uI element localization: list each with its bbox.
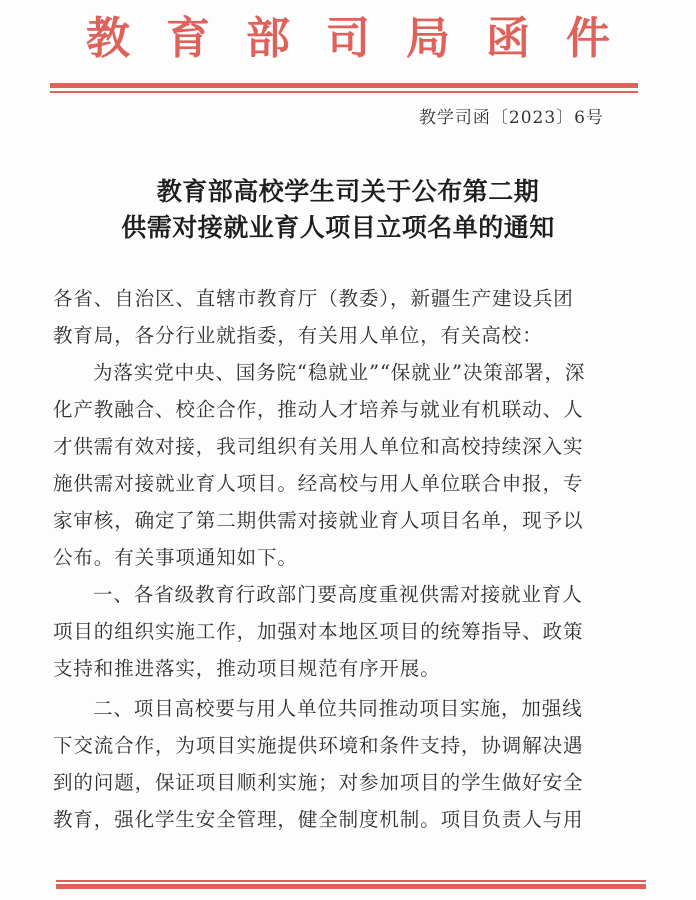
paragraph-line: 教育，强化学生安全管理，健全制度机制。项目负责人与用 [53, 801, 628, 838]
masthead-char: 教 [68, 17, 148, 61]
paragraph-line: 二、项目高校要与用人单位共同推动项目实施，加强线 [53, 690, 628, 727]
paragraph-line: 为落实党中央、国务院“稳就业”“保就业”决策部署，深 [53, 354, 628, 391]
document-title-line-1: 教育部高校学生司关于公布第二期 [0, 172, 696, 208]
masthead-char: 部 [228, 17, 308, 61]
paragraph-line: 项目的组织实施工作，加强对本地区项目的统筹指导、政策 [53, 613, 628, 650]
header-rule-thin [50, 91, 638, 93]
footer-rule-thick [56, 884, 646, 889]
paragraph-item-1: 一、各省级教育行政部门要高度重视供需对接就业育人 项目的组织实施工作，加强对本地… [53, 576, 628, 687]
paragraph-line: 化产教融合、校企合作，推动人才培养与就业有机联动、人 [53, 391, 628, 428]
paragraph-line: 下交流合作，为项目实施提供环境和条件支持，协调解决遇 [53, 727, 628, 764]
footer-rule-thin [56, 880, 646, 882]
paragraph-line: 施供需对接就业育人项目。经高校与用人单位联合申报，专 [53, 465, 628, 502]
salutation: 各省、自治区、直辖市教育厅（教委），新疆生产建设兵团 教育局，各分行业就指委，有… [53, 280, 628, 354]
document-number: 教学司函〔2023〕6号 [419, 103, 604, 128]
paragraph-intro: 为落实党中央、国务院“稳就业”“保就业”决策部署，深 化产教融合、校企合作，推动… [53, 354, 628, 576]
paragraph-line: 到的问题，保证项目顺利实施；对参加项目的学生做好安全 [53, 764, 628, 801]
paragraph-item-2: 二、项目高校要与用人单位共同推动项目实施，加强线 下交流合作，为项目实施提供环境… [53, 690, 628, 838]
masthead-title: 教 育 部 司 局 函 件 [0, 8, 696, 70]
paragraph-line: 支持和推进落实，推动项目规范有序开展。 [53, 650, 628, 687]
document-title-line-2: 供需对接就业育人项目立项名单的通知 [0, 208, 686, 244]
salutation-line: 各省、自治区、直辖市教育厅（教委），新疆生产建设兵团 [53, 280, 628, 317]
masthead-char: 函 [468, 17, 548, 61]
header-rule-thick [50, 83, 638, 88]
masthead-char: 司 [308, 17, 388, 61]
paragraph-line: 家审核，确定了第二期供需对接就业育人项目名单，现予以 [53, 502, 628, 539]
paragraph-line: 一、各省级教育行政部门要高度重视供需对接就业育人 [53, 576, 628, 613]
paragraph-line: 才供需有效对接，我司组织有关用人单位和高校持续深入实 [53, 428, 628, 465]
salutation-line: 教育局，各分行业就指委，有关用人单位，有关高校： [53, 317, 628, 354]
masthead-char: 育 [148, 17, 228, 61]
masthead-char: 件 [548, 17, 628, 61]
paragraph-line: 公布。有关事项通知如下。 [53, 539, 628, 576]
masthead-char: 局 [388, 17, 468, 61]
